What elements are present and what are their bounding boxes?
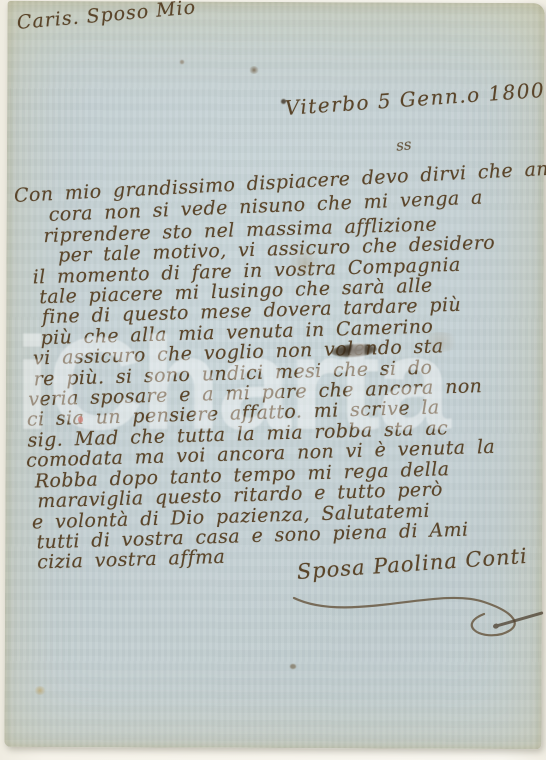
flourish-mark: ss	[395, 135, 412, 155]
letter-body: Con mio grandissimo dispiacere devo dirv…	[12, 170, 546, 573]
letter-photo: Caris. Sposo Mio Viterbo 5 Genn.o 1800 s…	[0, 0, 546, 760]
